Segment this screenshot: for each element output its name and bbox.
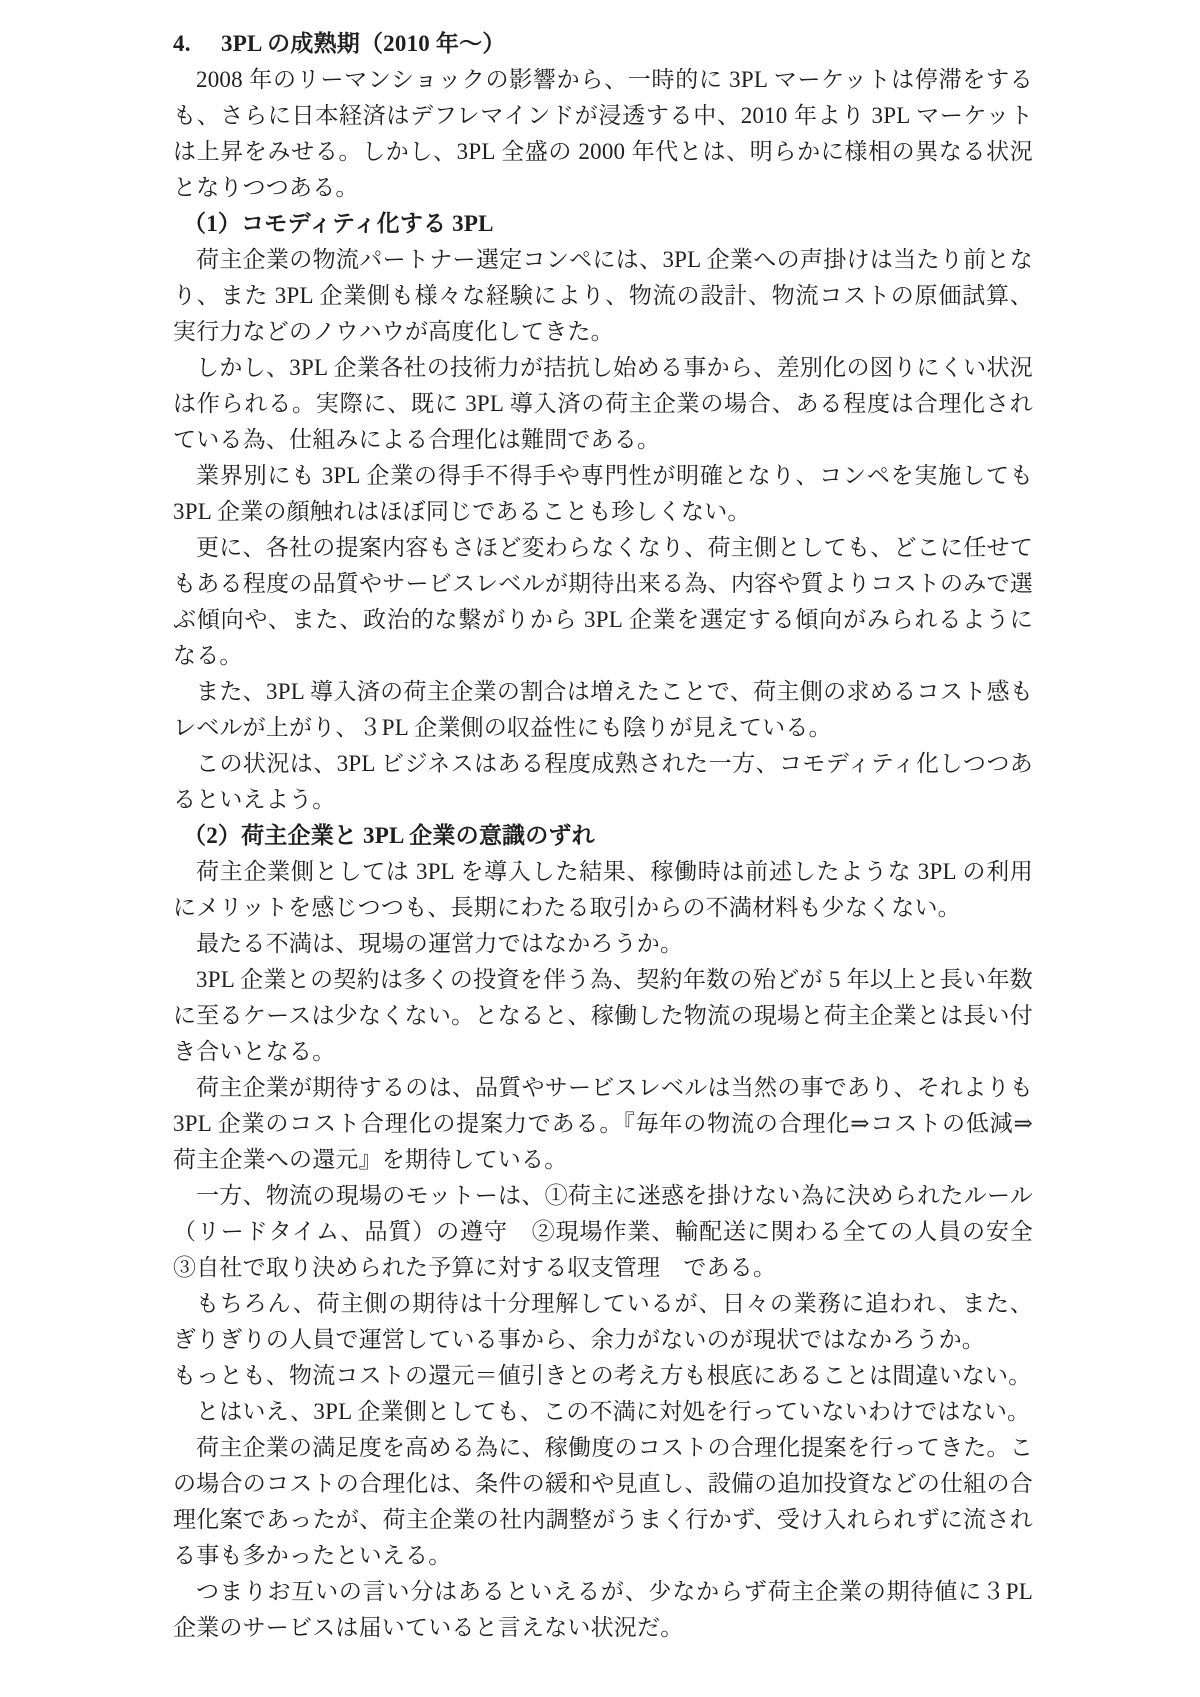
subheading-1-commoditization: （1）コモディティ化する 3PL [173, 206, 1033, 242]
paragraph-discount-mindset: もっとも、物流コストの還元＝値引きとの考え方も根底にあることは間違いない。 [173, 1358, 1033, 1394]
paragraph-shipper-dissatisfaction: 荷主企業側としては 3PL を導入した結果、稼働時は前述したような 3PL の利… [173, 854, 1033, 926]
section-heading: 4.3PL の成熟期（2010 年～） [173, 26, 1033, 62]
paragraph-intro: 2008 年のリーマンショックの影響から、一時的に 3PL マーケットは停滞をす… [173, 62, 1033, 206]
paragraph-biggest-complaint: 最たる不満は、現場の運営力ではなかろうか。 [173, 926, 1033, 962]
paragraph-site-motto: 一方、物流の現場のモットーは、①荷主に迷惑を掛けない為に決められたルール（リード… [173, 1178, 1033, 1286]
paragraph-partner-selection: 荷主企業の物流パートナー選定コンペには、3PL 企業への声掛けは当たり前となり、… [173, 242, 1033, 350]
paragraph-profitability: また、3PL 導入済の荷主企業の割合は増えたことで、荷主側の求めるコスト感もレベ… [173, 674, 1033, 746]
paragraph-industry-specialty: 業界別にも 3PL 企業の得手不得手や専門性が明確となり、コンペを実施しても 3… [173, 458, 1033, 530]
paragraph-conclusion: つまりお互いの言い分はあるといえるが、少なからず荷主企業の期待値に３PL 企業の… [173, 1574, 1033, 1646]
paragraph-differentiation: しかし、3PL 企業各社の技術力が拮抗し始める事から、差別化の図りにくい状況は作… [173, 350, 1033, 458]
paragraph-shipper-expectations: 荷主企業が期待するのは、品質やサービスレベルは当然の事であり、それよりも 3PL… [173, 1070, 1033, 1178]
paragraph-3pl-response: とはいえ、3PL 企業側としても、この不満に対処を行っていないわけではない。 [173, 1394, 1033, 1430]
section-number: 4. [173, 26, 221, 62]
paragraph-proposal-similarity: 更に、各社の提案内容もさほど変わらなくなり、荷主側としても、どこに任せてもある程… [173, 530, 1033, 674]
paragraph-limited-capacity: もちろん、荷主側の期待は十分理解しているが、日々の業務に追われ、また、ぎりぎりの… [173, 1286, 1033, 1358]
paragraph-maturity-summary: この状況は、3PL ビジネスはある程度成熟された一方、コモディティ化しつつあると… [173, 746, 1033, 818]
paragraph-contract-years: 3PL 企業との契約は多くの投資を伴う為、契約年数の殆どが 5 年以上と長い年数… [173, 962, 1033, 1070]
document-body: 4.3PL の成熟期（2010 年～） 2008 年のリーマンショックの影響から… [173, 26, 1033, 1646]
paragraph-rationalization-proposals: 荷主企業の満足度を高める為に、稼働度のコストの合理化提案を行ってきた。この場合の… [173, 1430, 1033, 1574]
subheading-2-awareness-gap: （2）荷主企業と 3PL 企業の意識のずれ [173, 818, 1033, 854]
document-page: 4.3PL の成熟期（2010 年～） 2008 年のリーマンショックの影響から… [0, 0, 1200, 1697]
section-title: 3PL の成熟期（2010 年～） [221, 31, 506, 56]
